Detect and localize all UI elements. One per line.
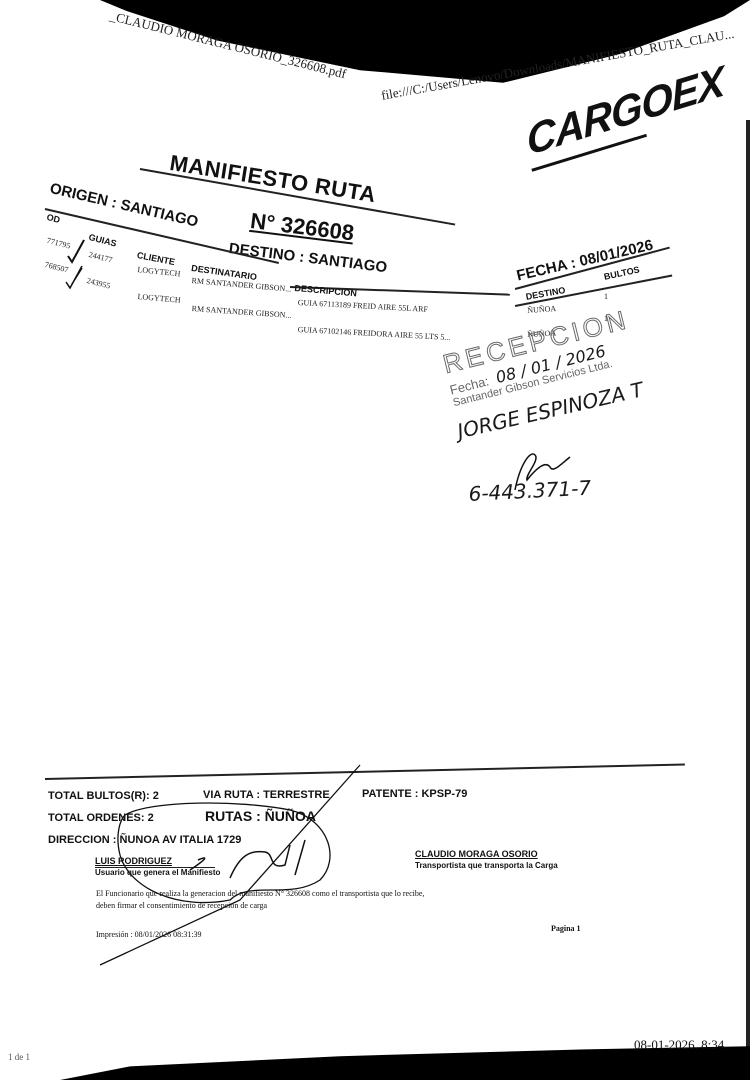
carrier-name: CLAUDIO MORAGA OSORIO xyxy=(415,849,538,859)
cell-cliente: LOGYTECH xyxy=(137,292,181,305)
scan-edge-right xyxy=(746,120,750,1070)
origin-label: ORIGEN : SANTIAGO xyxy=(48,180,200,231)
col-od: OD xyxy=(46,212,62,225)
cell-guias: 244177 xyxy=(88,250,113,265)
col-descripcion: DESCRIPCION xyxy=(294,283,357,298)
page-label: Pagina 1 xyxy=(551,924,581,933)
receiver-id-handwritten: 6-443.371-7 xyxy=(468,476,592,506)
cell-descripcion: GUIA 67113189 FREID AIRE 55L ARF xyxy=(298,298,429,314)
col-bultos: BULTOS xyxy=(603,264,640,281)
cell-cliente: LOGYTECH xyxy=(137,265,181,278)
cell-descripcion: GUIA 67102146 FREIDORA AIRE 55 LTS 5... xyxy=(298,325,451,342)
notice-line-1: El Funcionario que realiza la generacion… xyxy=(96,889,424,898)
print-timestamp: 08-01-2026, 8:34 xyxy=(634,1037,724,1053)
cell-bultos: 1 xyxy=(604,292,608,301)
notice-line-2: deben firmar el consentimiento de recepc… xyxy=(96,901,267,910)
manifest-number: N° 326608 xyxy=(249,208,356,247)
manifest-date: FECHA : 08/01/2026 xyxy=(515,237,655,285)
carrier-role: Transportista que transporta la Carga xyxy=(415,861,558,870)
cell-destinatario: RM SANTANDER GIBSON... xyxy=(191,304,291,320)
cell-destino: ÑUÑOA xyxy=(527,304,556,315)
printed-timestamp: Impresión : 08/01/2026 08:31:39 xyxy=(96,930,202,939)
col-guias: GUIAS xyxy=(88,232,118,249)
print-page-count: 1 de 1 xyxy=(8,1052,30,1062)
checkmark-icon xyxy=(60,238,90,293)
